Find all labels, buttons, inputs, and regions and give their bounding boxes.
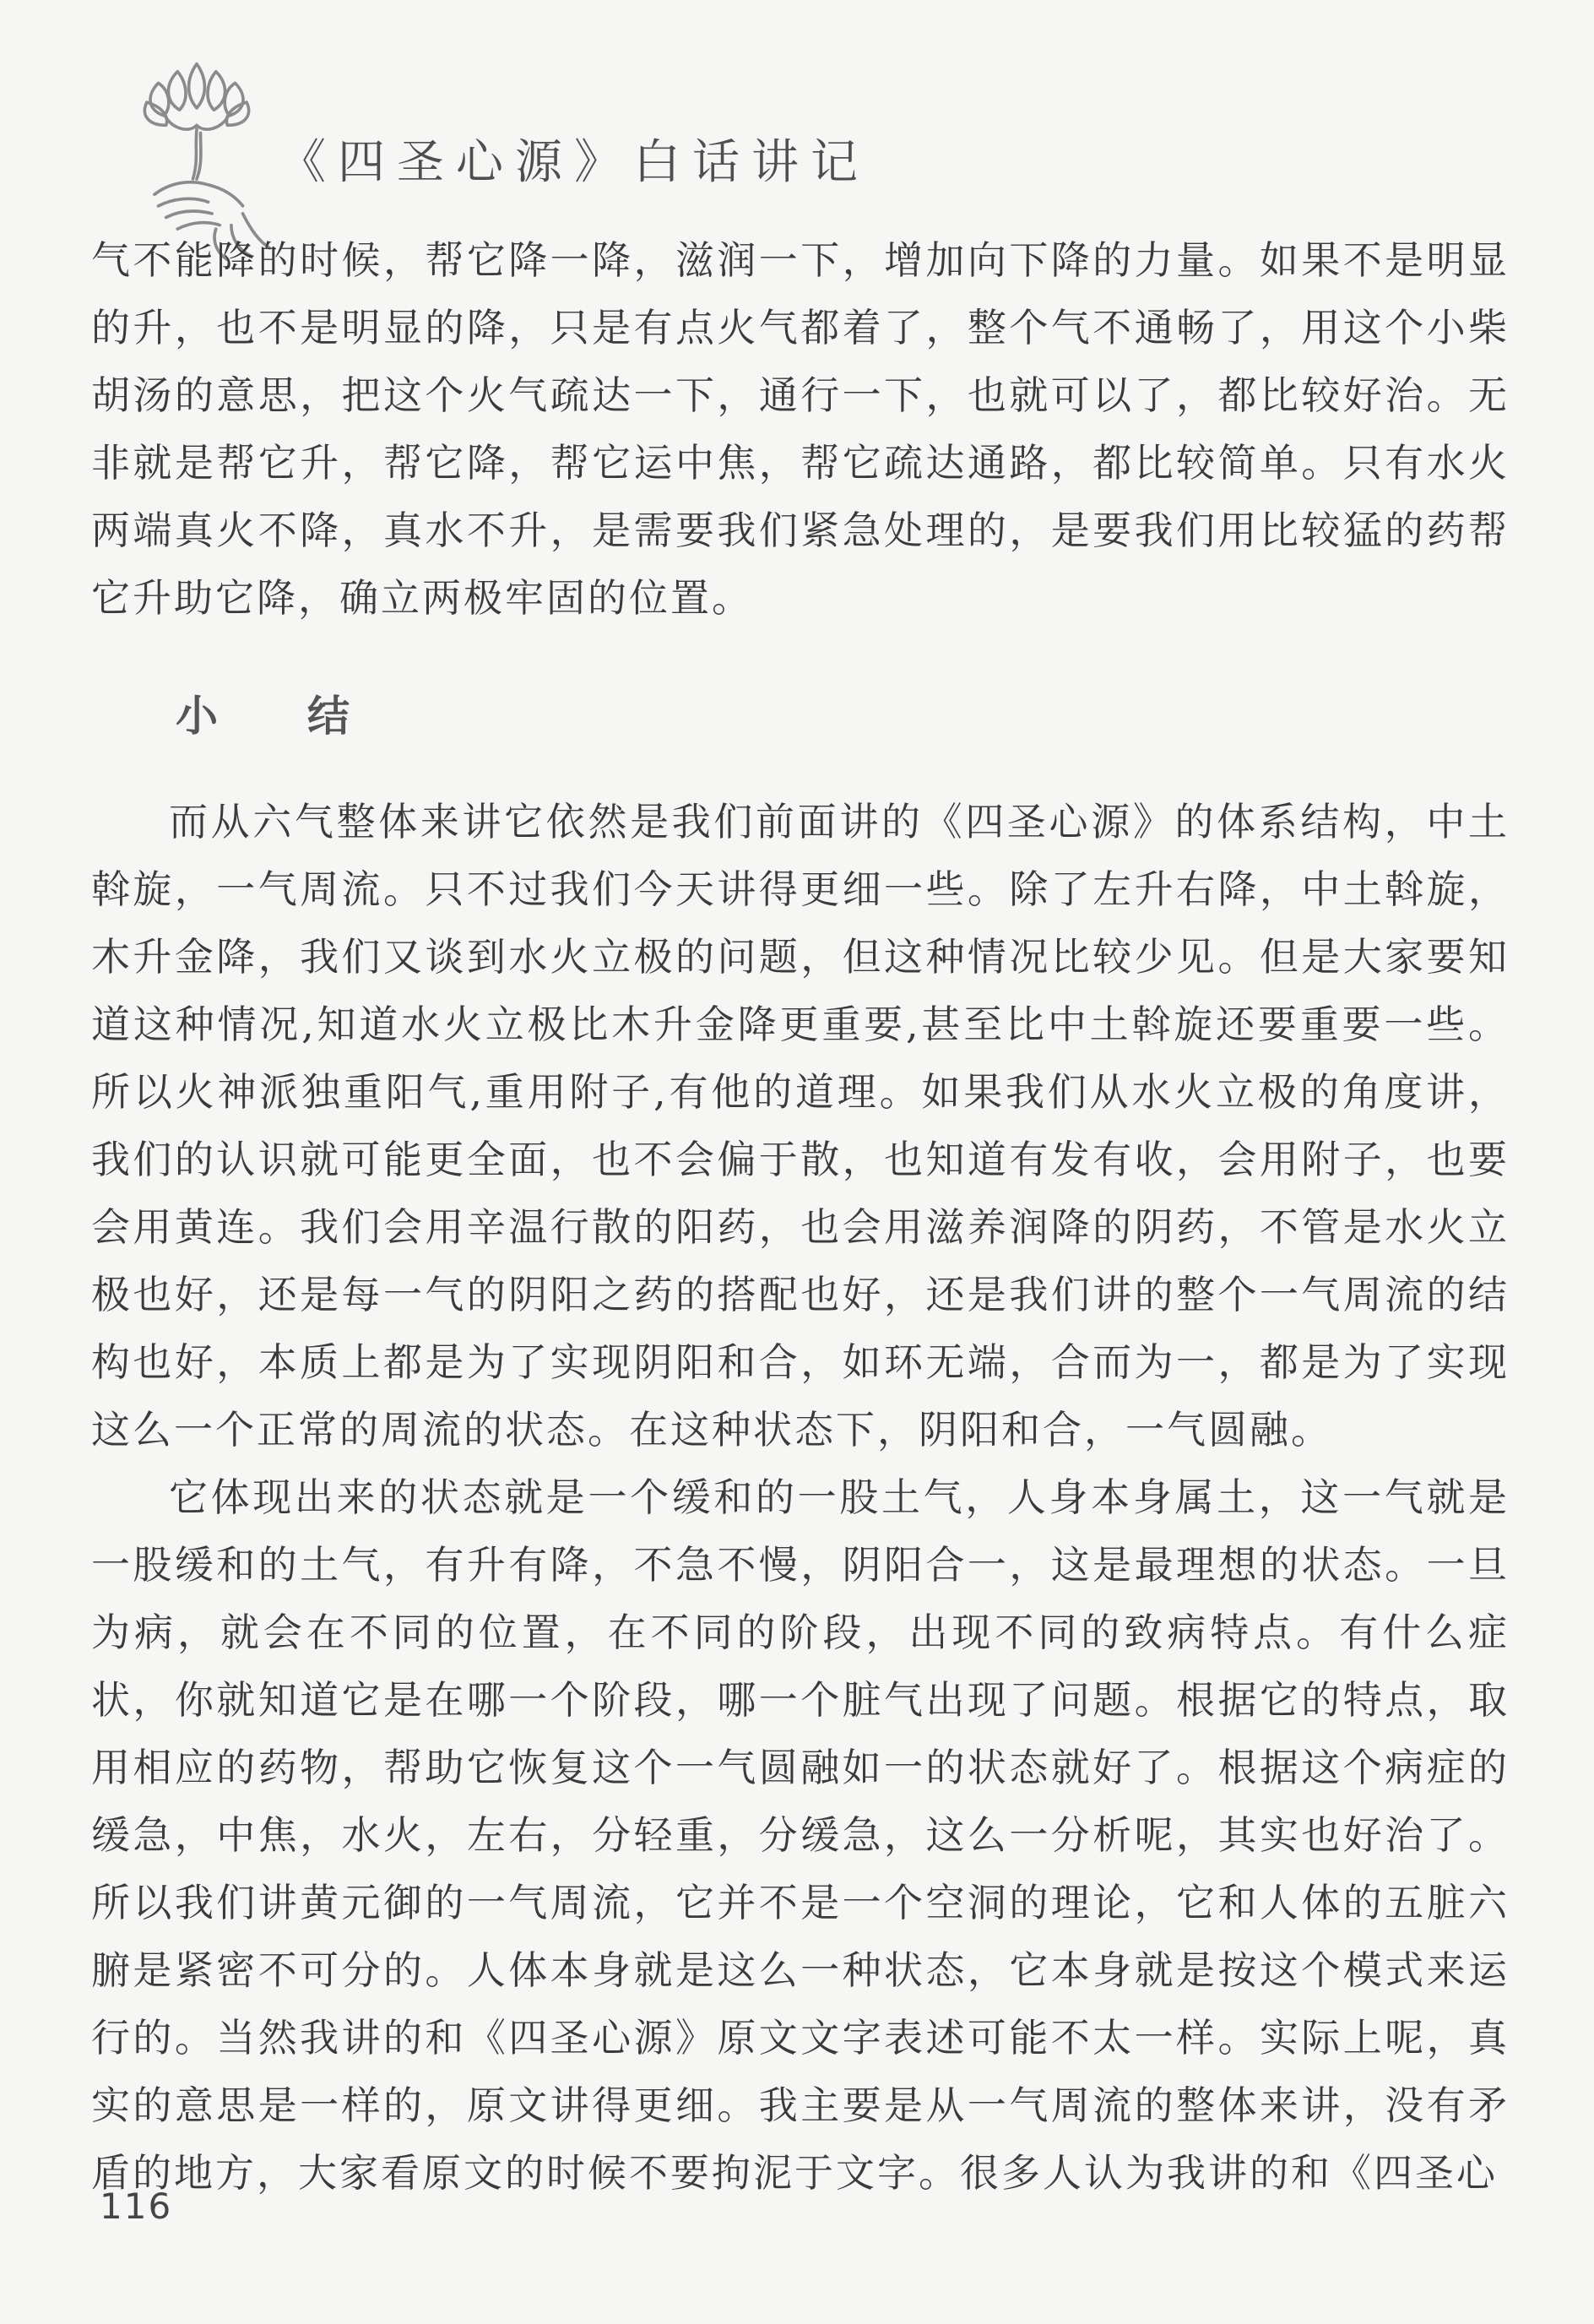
book-title: 《四圣心源》白话讲记 — [279, 125, 870, 193]
paragraph: 它体现出来的状态就是一个缓和的一股土气，人身本身属土，这一气就是一股缓和的土气，… — [91, 1463, 1510, 2207]
section-heading: 小 结 — [91, 678, 1510, 754]
page-header: 《四圣心源》白话讲记 — [0, 0, 1594, 253]
paragraph: 而从六气整体来讲它依然是我们前面讲的《四圣心源》的体系结构，中土斡旋，一气周流。… — [91, 788, 1510, 1463]
book-page: 《四圣心源》白话讲记 气不能降的时候，帮它降一降，滋润一下，增加向下降的力量。如… — [0, 0, 1594, 2324]
page-number: 116 — [100, 2186, 172, 2227]
paragraph-continuation: 气不能降的时候，帮它降一降，滋润一下，增加向下降的力量。如果不是明显的升，也不是… — [91, 226, 1510, 632]
page-body: 气不能降的时候，帮它降一降，滋润一下，增加向下降的力量。如果不是明显的升，也不是… — [91, 226, 1510, 2207]
